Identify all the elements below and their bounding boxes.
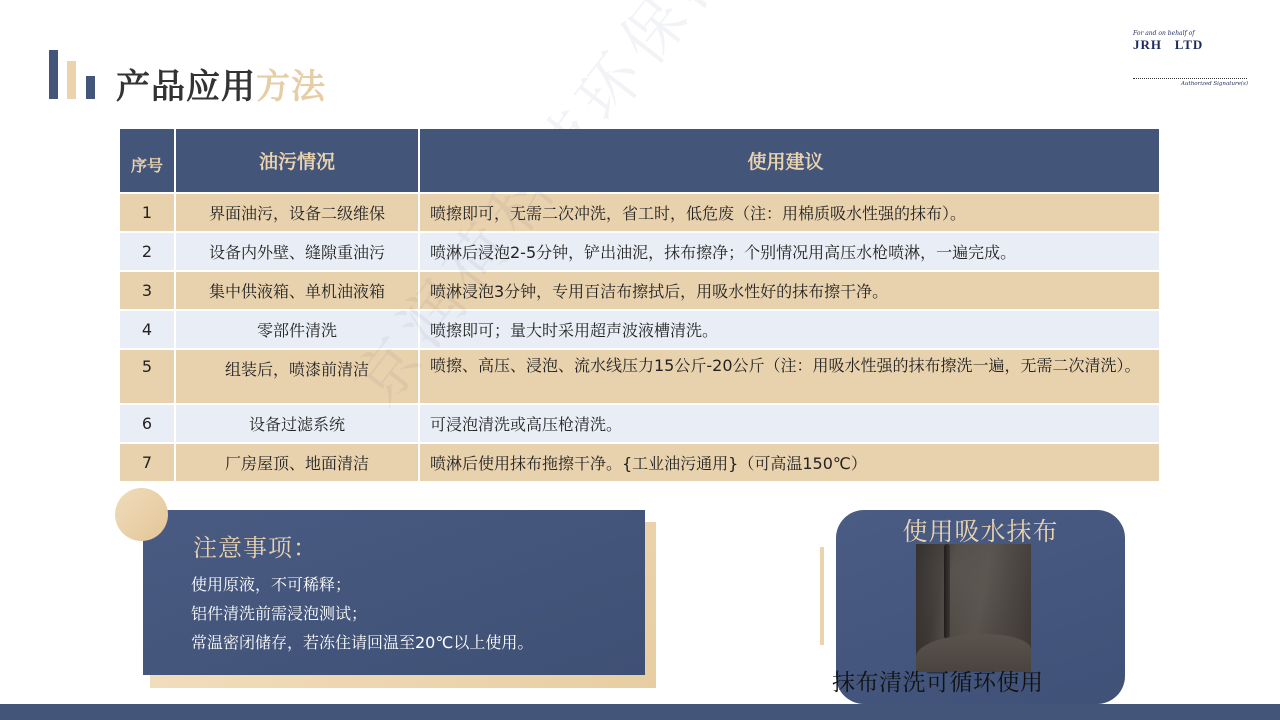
signature-line	[1133, 78, 1247, 79]
table-row: 7 厂房屋顶、地面清洁 喷淋后使用抹布拖擦干净。{工业油污通用}（可高温150℃…	[120, 444, 1159, 483]
stamp-company: JRH LTD	[1133, 38, 1248, 52]
footer-bar	[0, 704, 1280, 720]
row-situation: 界面油污，设备二级维保	[176, 194, 420, 233]
row-advice: 可浸泡清洗或高压枪清洗。	[420, 405, 1159, 444]
row-advice: 喷淋浸泡3分钟，专用百洁布擦拭后，用吸水性好的抹布擦干净。	[420, 272, 1159, 311]
notes-circle-decoration	[115, 488, 168, 541]
row-situation: 集中供液箱、单机油液箱	[176, 272, 420, 311]
row-situation: 设备内外壁、缝隙重油污	[176, 233, 420, 272]
row-no: 3	[120, 272, 176, 311]
towel-fold-shadow	[944, 544, 950, 639]
usage-table: 序号 油污情况 使用建议 1 界面油污，设备二级维保 喷擦即可，无需二次冲洗，省…	[120, 129, 1159, 483]
row-advice: 喷擦、高压、浸泡、流水线压力15公斤-20公斤（注：用吸水性强的抹布擦洗一遍，无…	[420, 350, 1159, 405]
row-advice: 喷淋后浸泡2-5分钟，铲出油泥，抹布擦净；个别情况用高压水枪喷淋，一遍完成。	[420, 233, 1159, 272]
row-advice: 喷擦即可；量大时采用超声波液槽清洗。	[420, 311, 1159, 350]
row-no: 2	[120, 233, 176, 272]
row-advice: 喷擦即可，无需二次冲洗，省工时，低危废（注：用棉质吸水性强的抹布）。	[420, 194, 1159, 233]
notes-item: 使用原液，不可稀释；	[191, 570, 533, 599]
table-row: 4 零部件清洗 喷擦即可；量大时采用超声波液槽清洗。	[120, 311, 1159, 350]
signature-stamp: For and on behalf of JRH LTD Authorized …	[1133, 30, 1248, 100]
table-header-row: 序号 油污情况 使用建议	[120, 129, 1159, 194]
row-situation: 零部件清洗	[176, 311, 420, 350]
table-row: 3 集中供液箱、单机油液箱 喷淋浸泡3分钟，专用百洁布擦拭后，用吸水性好的抹布擦…	[120, 272, 1159, 311]
notes-list: 使用原液，不可稀释； 铝件清洗前需浸泡测试； 常温密闭储存，若冻住请回温至20℃…	[191, 570, 533, 657]
row-no: 5	[120, 350, 176, 405]
notes-item: 常温密闭储存，若冻住请回温至20℃以上使用。	[191, 628, 533, 657]
towel-deco-bar-left	[820, 547, 824, 645]
notes-item: 铝件清洗前需浸泡测试；	[191, 599, 533, 628]
header-no: 序号	[120, 129, 176, 194]
page-title-main: 产品应用	[116, 67, 256, 107]
row-no: 1	[120, 194, 176, 233]
title-deco-bar-2	[67, 61, 76, 99]
row-advice: 喷淋后使用抹布拖擦干净。{工业油污通用}（可高温150℃）	[420, 444, 1159, 483]
notes-card: 注意事项： 使用原液，不可稀释； 铝件清洗前需浸泡测试； 常温密闭储存，若冻住请…	[143, 510, 645, 675]
stamp-authorized: Authorized Signature(s)	[1133, 81, 1248, 87]
row-situation: 组装后，喷漆前清洁	[176, 350, 420, 405]
towel-caption: 抹布清洗可循环使用	[832, 664, 1044, 697]
towel-card-title: 使用吸水抹布	[836, 512, 1125, 548]
header-situation: 油污情况	[176, 129, 420, 194]
page-title: 产品应用方法	[116, 64, 326, 110]
row-no: 6	[120, 405, 176, 444]
table-row: 5 组装后，喷漆前清洁 喷擦、高压、浸泡、流水线压力15公斤-20公斤（注：用吸…	[120, 350, 1159, 405]
notes-title: 注意事项：	[193, 528, 318, 563]
title-deco-bar-1	[49, 50, 58, 99]
towel-photo	[916, 544, 1031, 672]
table-row: 2 设备内外壁、缝隙重油污 喷淋后浸泡2-5分钟，铲出油泥，抹布擦净；个别情况用…	[120, 233, 1159, 272]
page-title-accent: 方法	[256, 67, 326, 107]
row-no: 7	[120, 444, 176, 483]
header-advice: 使用建议	[420, 129, 1159, 194]
title-deco-bar-3	[86, 76, 95, 99]
row-situation: 厂房屋顶、地面清洁	[176, 444, 420, 483]
table-row: 6 设备过滤系统 可浸泡清洗或高压枪清洗。	[120, 405, 1159, 444]
row-situation: 设备过滤系统	[176, 405, 420, 444]
table-row: 1 界面油污，设备二级维保 喷擦即可，无需二次冲洗，省工时，低危废（注：用棉质吸…	[120, 194, 1159, 233]
row-no: 4	[120, 311, 176, 350]
